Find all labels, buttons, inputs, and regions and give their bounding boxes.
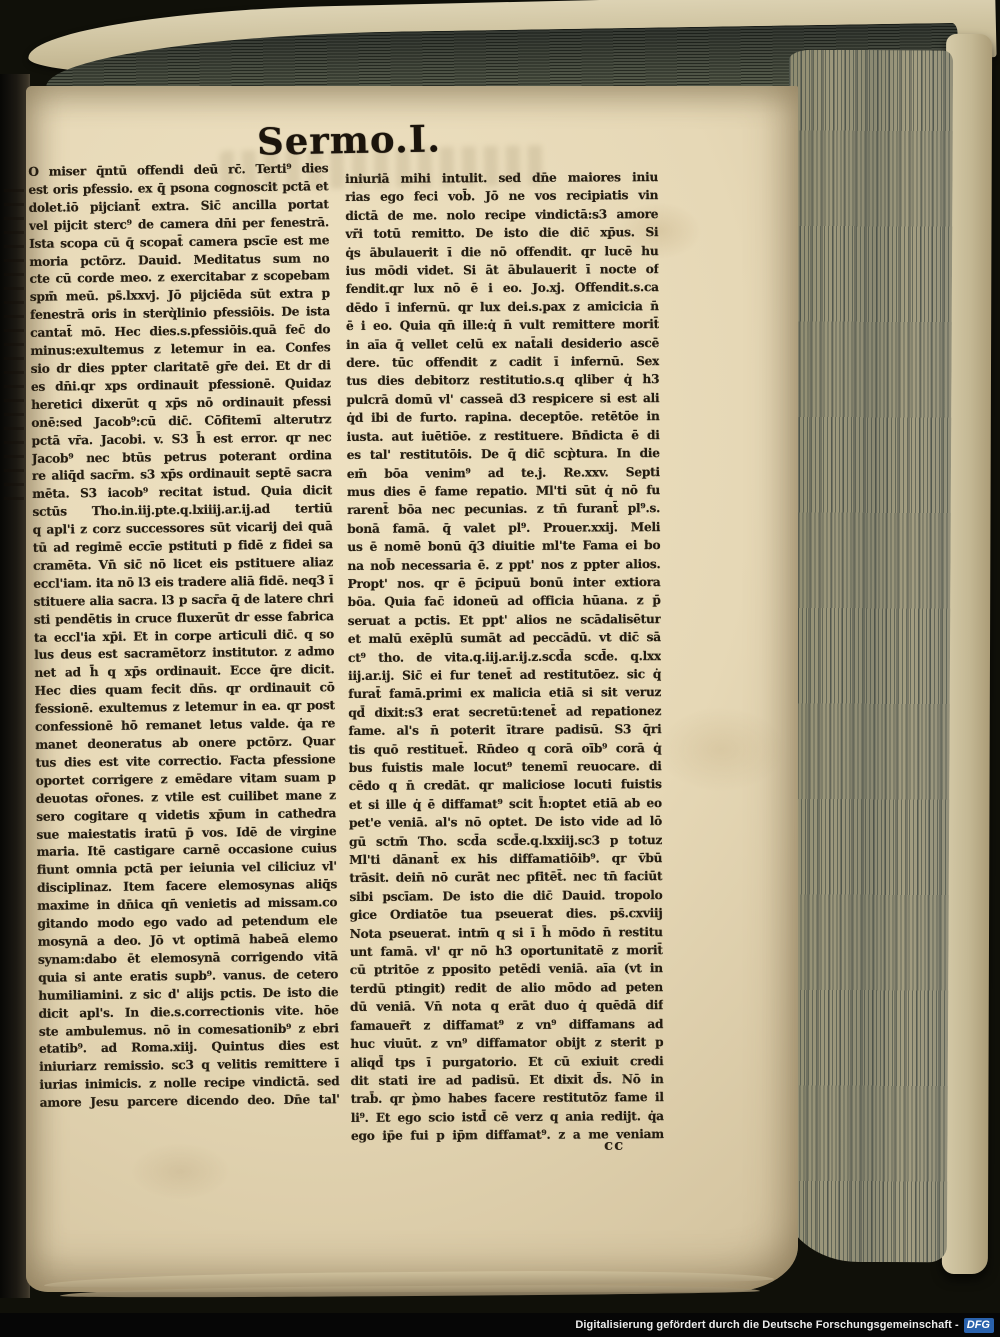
text-line: iusta. aut iuētiōe. z restituere. Bn̄dic… — [347, 426, 660, 446]
page-title-sermo: Sermo.I. — [257, 116, 442, 163]
text-line: ē i eo. Quia qn̄ ille:q̇ n̄ vult remitte… — [346, 315, 659, 335]
text-line: famauer̄t z diffamat⁹ z vn⁹ diffamans ad — [350, 1015, 663, 1035]
text-line: amore Jesu parcere dicendo deo. Dn̄e tal… — [40, 1091, 340, 1113]
text-line: trab̄. qr p̀mo habes facere restitutōz f… — [351, 1088, 664, 1108]
text-line: dictā de me. nolo recipe vindictā:s3 amo… — [345, 205, 658, 225]
text-line: q̇s ābulauerit ī die nō offendit. qr luc… — [345, 242, 658, 262]
credit-text: Digitalisierung gefördert durch die Deut… — [575, 1319, 958, 1331]
text-column-right: iniuriā mihi intulit. sed dn̄e maiores i… — [345, 168, 664, 1148]
text-line: et si ille q̇ ē diffamat⁹ scit h̄:optet … — [349, 794, 662, 814]
text-line: dū veniā. Vn̄ nota q erāt duo q̇ quēdā d… — [350, 996, 663, 1016]
digitization-credit-bar: Digitalisierung gefördert durch die Deut… — [0, 1313, 1000, 1337]
text-line: bonā famā. q̄ valet pl⁹. Prouer.xxij. Me… — [347, 518, 660, 538]
text-line: bus fuistis male locut⁹ tenemī reuocare.… — [349, 757, 662, 777]
text-line: Propt' nos. qr ē p̄cipuū bonū inter exti… — [347, 573, 660, 593]
text-line: es tal' restitutōis. De q̄ dic̄ scp̀tura… — [347, 444, 660, 464]
text-line: rias ego feci vob̄. Jō ne vos recipiatis… — [345, 186, 658, 206]
text-line: seruat a pctis. Et ppt' alios ne scādali… — [348, 610, 661, 630]
text-line: dere. tūc offendit z cadit ī infernū. Se… — [346, 352, 659, 372]
text-line: q̇d ibi de furto. rapina. deceptōe. retē… — [346, 407, 659, 427]
scanned-book-photo: Sermo.I. O miser q̄ntū offendi deū rc̄. … — [0, 0, 1000, 1337]
text-line: pulcrā domū vl' casseā d3 respicere si e… — [346, 389, 659, 409]
text-line: bōa. Quia fac̄ idoneū ad officia hūana. … — [348, 591, 661, 611]
text-line: aliqd̄ tps ī purgatorio. Et cū exiuit cr… — [350, 1052, 663, 1072]
dfg-logo: DFG — [964, 1318, 994, 1333]
text-line: na nob̄ necessaria ē. z ppt' nos z ppter… — [347, 555, 660, 575]
text-line: Ml'ti dānant̄ ex his diffamatiōib⁹. qr v… — [349, 849, 662, 869]
text-line: Nota pseuerat. intm̄ q si ī h̄ mōdo n̄ r… — [350, 923, 663, 943]
text-line: sibi pscīam. De isto die dic̄ Dauid. tro… — [349, 886, 662, 906]
text-line: qd̄ dixit:s3 erat secretū:tenet̄ ad repa… — [348, 702, 661, 722]
text-line: ct⁹ tho. de vita.q.iij.ar.ij.z.scd̄a scd… — [348, 647, 661, 667]
text-line: in aīa q̄ vellet celū ex nat̄ali desider… — [346, 334, 659, 354]
text-line: dēdo ī infernū. qr lux dei.s.pax z amici… — [346, 297, 659, 317]
text-line: gice Ordiatōe tua pseuerat dies. ps̄.cxv… — [350, 904, 663, 924]
text-line: pet'e veniā. al's nō optet. De isto vide… — [349, 812, 662, 832]
text-line: cēdo q n̄ credāt. qr maliciose locuti fu… — [349, 775, 662, 795]
text-line: ius mōdi videt. Si āt ābulauerit ī nocte… — [346, 260, 659, 280]
text-line: huc viuūt. z vn⁹ diffamator obijt z ster… — [350, 1033, 663, 1053]
text-line: vr̄i totū remitto. De isto die dic̄ xp̄u… — [345, 223, 658, 243]
text-line: tus dies debitorz restitutio.s.q qliber … — [346, 371, 659, 391]
text-line: iij.ar.ij. Sic̄ ei fur tenet̄ ad restitu… — [348, 665, 661, 685]
text-line: dit stati ire ad padisū. Et dixit d̄s. N… — [351, 1070, 664, 1090]
text-line: tis quō restituet̄. Rn̄deo q corā oīb⁹ c… — [349, 739, 662, 759]
text-line: rarent̄ bōa nec pecunias. z tn̄ furant̄ … — [347, 499, 660, 519]
text-line: em̄ bōa venim⁹ ad te.j. Re.xxv. Septi — [347, 463, 660, 483]
text-line: et malū exēplū sumāt ad peccādū. vt dic̄… — [348, 628, 661, 648]
text-line: cū ptritōe z pposito petēdi veniā. aīa (… — [350, 960, 663, 980]
text-line: furat̄ famā.primi ex malicia etiā si sit… — [348, 683, 661, 703]
text-line: li⁹. Et ego scio istd̄ cē verz q ania re… — [351, 1107, 664, 1127]
text-line: trāsit. dein̄ nō curāt nec pfitēt̄. nec … — [349, 867, 662, 887]
book-fore-edge-pages — [783, 50, 953, 1263]
text-line: mus dies ē fame repatio. Ml'ti sūt q̇ nō… — [347, 481, 660, 501]
quire-signature: cc — [604, 1136, 624, 1154]
text-line: iniuriā mihi intulit. sed dn̄e maiores i… — [345, 168, 658, 188]
text-line: terdū ptingit) redit de alio mōdo ad pet… — [350, 978, 663, 998]
text-line: us ē nomē bonū q̄3 diuitie ml'te Fama ei… — [347, 536, 660, 556]
text-line: gū sctm̄ Tho. scd̄a scd̄e.q.lxxiij.sc3 p… — [349, 831, 662, 851]
text-line: fame. al's n̄ poterit ītrare padisū. S3 … — [348, 720, 661, 740]
text-line: fendit.qr lux nō ē i eo. Jo.xj. Offendit… — [346, 278, 659, 298]
text-column-left: O miser q̄ntū offendi deū rc̄. Terti⁹ di… — [28, 160, 340, 1116]
text-line: unt famā. vl' qr nō h3 oportunitatē z mo… — [350, 941, 663, 961]
left-page-edge-print-fragments — [4, 180, 24, 500]
